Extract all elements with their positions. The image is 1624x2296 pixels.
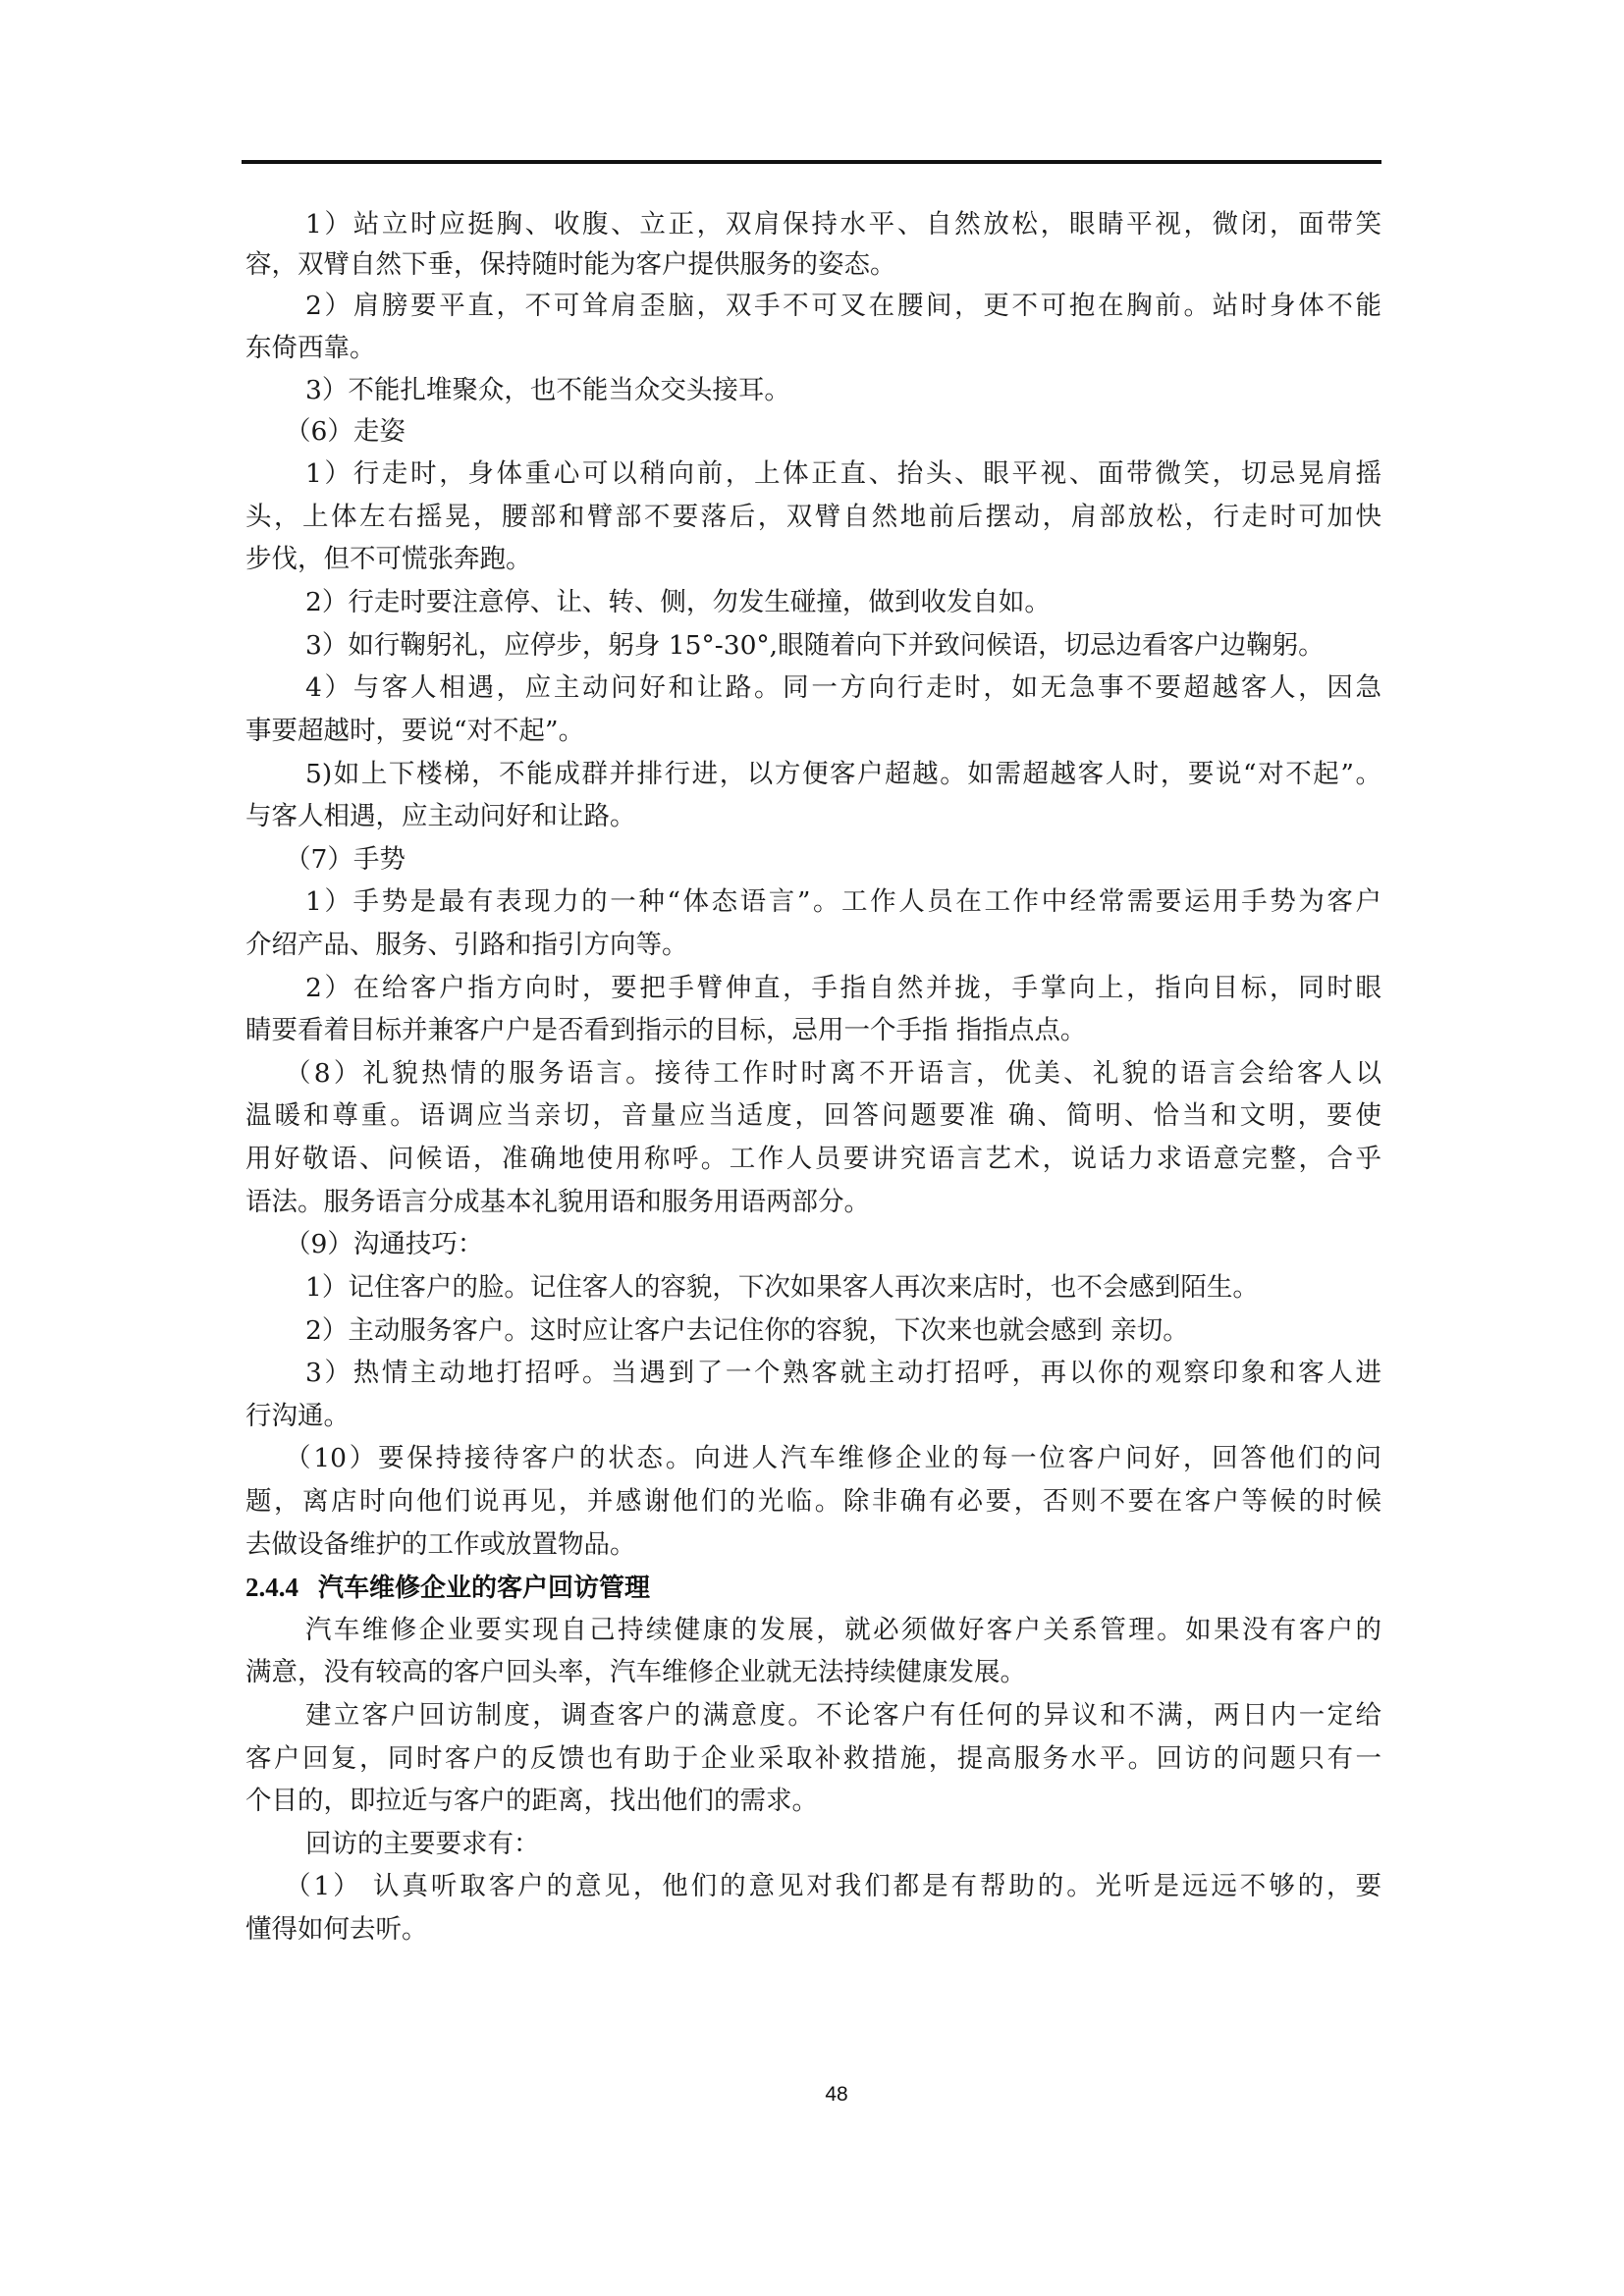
paragraph-line: 2）主动服务客户。这时应让客户去记住你的容貌，下次来也就会感到 亲切。 xyxy=(305,1311,1381,1351)
paragraph-line: 2）行走时要注意停、让、转、侧，勿发生碰撞，做到收发自如。 xyxy=(305,583,1381,622)
paragraph-line: 语法。服务语言分成基本礼貌用语和服务用语两部分。 xyxy=(245,1183,1381,1222)
paragraph-line: 事要超越时，要说“对不起”。 xyxy=(245,712,1381,751)
paragraph-line: 步伐，但不可慌张奔跑。 xyxy=(245,540,1381,579)
paragraph-line: 建立客户回访制度，调查客户的满意度。不论客户有任何的异议和不满，两日内一定给 xyxy=(305,1696,1381,1735)
paragraph-line: （10）要保持接待客户的状态。向进人汽车维修企业的每一位客户问好，回答他们的问 xyxy=(285,1439,1381,1478)
paragraph-line: 4）与客人相遇，应主动问好和让路。同一方向行走时，如无急事不要超越客人，因急 xyxy=(305,668,1381,708)
subsection-label: （9）沟通技巧： xyxy=(285,1225,1421,1264)
paragraph-line: 东倚西靠。 xyxy=(245,329,1381,368)
paragraph-line: 懂得如何去听。 xyxy=(245,1910,1381,1949)
subsection-label: （7）手势 xyxy=(285,840,1421,880)
paragraph-line: （8）礼貌热情的服务语言。接待工作时时离不开语言，优美、礼貌的语言会给客人以 xyxy=(285,1054,1381,1094)
paragraph-line: 用好敬语、问候语，准确地使用称呼。工作人员要讲究语言艺术，说话力求语意完整，合乎 xyxy=(245,1140,1381,1179)
paragraph-line: 温暖和尊重。语调应当亲切，音量应当适度，回答问题要准 确、简明、恰当和文明，要使 xyxy=(245,1096,1381,1136)
paragraph-line: 1）行走时，身体重心可以稍向前，上体正直、抬头、眼平视、面带微笑，切忌晃肩摇 xyxy=(305,454,1381,494)
paragraph-line: 1）手势是最有表现力的一种“体态语言”。工作人员在工作中经常需要运用手势为客户 xyxy=(305,882,1381,922)
paragraph-line: 去做设备维护的工作或放置物品。 xyxy=(245,1525,1381,1565)
paragraph-line: 行沟通。 xyxy=(245,1397,1381,1436)
paragraph-line: 汽车维修企业要实现自己持续健康的发展，就必须做好客户关系管理。如果没有客户的 xyxy=(305,1611,1381,1650)
paragraph-line: 1）记住客户的脸。记住客人的容貌，下次如果客人再次来店时，也不会感到陌生。 xyxy=(305,1268,1381,1308)
paragraph-line: 睛要看着目标并兼客户户是否看到指示的目标，忌用一个手指 指指点点。 xyxy=(245,1011,1381,1050)
paragraph-line: 个目的，即拉近与客户的距离，找出他们的需求。 xyxy=(245,1782,1381,1821)
document-page: 1）站立时应挺胸、收腹、立正，双肩保持水平、自然放松，眼睛平视，微闭，面带笑 容… xyxy=(0,0,1624,2296)
paragraph-line: 与客人相遇，应主动问好和让路。 xyxy=(245,797,1381,836)
subsection-label: （6）走姿 xyxy=(285,412,1421,452)
paragraph-line: 容，双臂自然下垂，保持随时能为客户提供服务的姿态。 xyxy=(245,245,1381,285)
paragraph-line: （1） 认真听取客户的意见，他们的意见对我们都是有帮助的。光听是远远不够的，要 xyxy=(285,1867,1381,1906)
paragraph-line: 5)如上下楼梯，不能成群并排行进，以方便客户超越。如需超越客人时，要说“对不起”… xyxy=(305,755,1381,794)
section-heading: 2.4.4汽车维修企业的客户回访管理 xyxy=(245,1568,1381,1607)
section-number: 2.4.4 xyxy=(245,1568,304,1607)
paragraph-line: 1）站立时应挺胸、收腹、立正，双肩保持水平、自然放松，眼睛平视，微闭，面带笑 xyxy=(305,205,1381,244)
paragraph-line: 介绍产品、服务、引路和指引方向等。 xyxy=(245,926,1381,965)
header-rule xyxy=(242,160,1381,164)
section-title: 汽车维修企业的客户回访管理 xyxy=(318,1574,650,1603)
paragraph-line: 2）肩膀要平直，不可耸肩歪脑，双手不可叉在腰间，更不可抱在胸前。站时身体不能 xyxy=(305,287,1381,326)
paragraph-line: 满意，没有较高的客户回头率，汽车维修企业就无法持续健康发展。 xyxy=(245,1653,1381,1692)
paragraph-line: 3）如行鞠躬礼，应停步，躬身 15°-30°,眼随着向下并致问候语，切忌边看客户… xyxy=(305,626,1381,666)
paragraph-line: 2）在给客户指方向时，要把手臂伸直，手指自然并拢，手掌向上，指向目标，同时眼 xyxy=(305,969,1381,1008)
paragraph-line: 3）不能扎堆聚众，也不能当众交头接耳。 xyxy=(305,371,1381,410)
page-number: 48 xyxy=(805,2083,868,2107)
paragraph-line: 回访的主要要求有： xyxy=(305,1825,1381,1864)
paragraph-line: 客户回复，同时客户的反馈也有助于企业采取补救措施，提高服务水平。回访的问题只有一 xyxy=(245,1739,1381,1779)
paragraph-line: 3）热情主动地打招呼。当遇到了一个熟客就主动打招呼，再以你的观察印象和客人进 xyxy=(305,1354,1381,1393)
paragraph-line: 头，上体左右摇晃，腰部和臂部不要落后，双臂自然地前后摆动，肩部放松，行走时可加快 xyxy=(245,498,1381,537)
paragraph-line: 题，离店时向他们说再见，并感谢他们的光临。除非确有必要，否则不要在客户等候的时候 xyxy=(245,1482,1381,1522)
